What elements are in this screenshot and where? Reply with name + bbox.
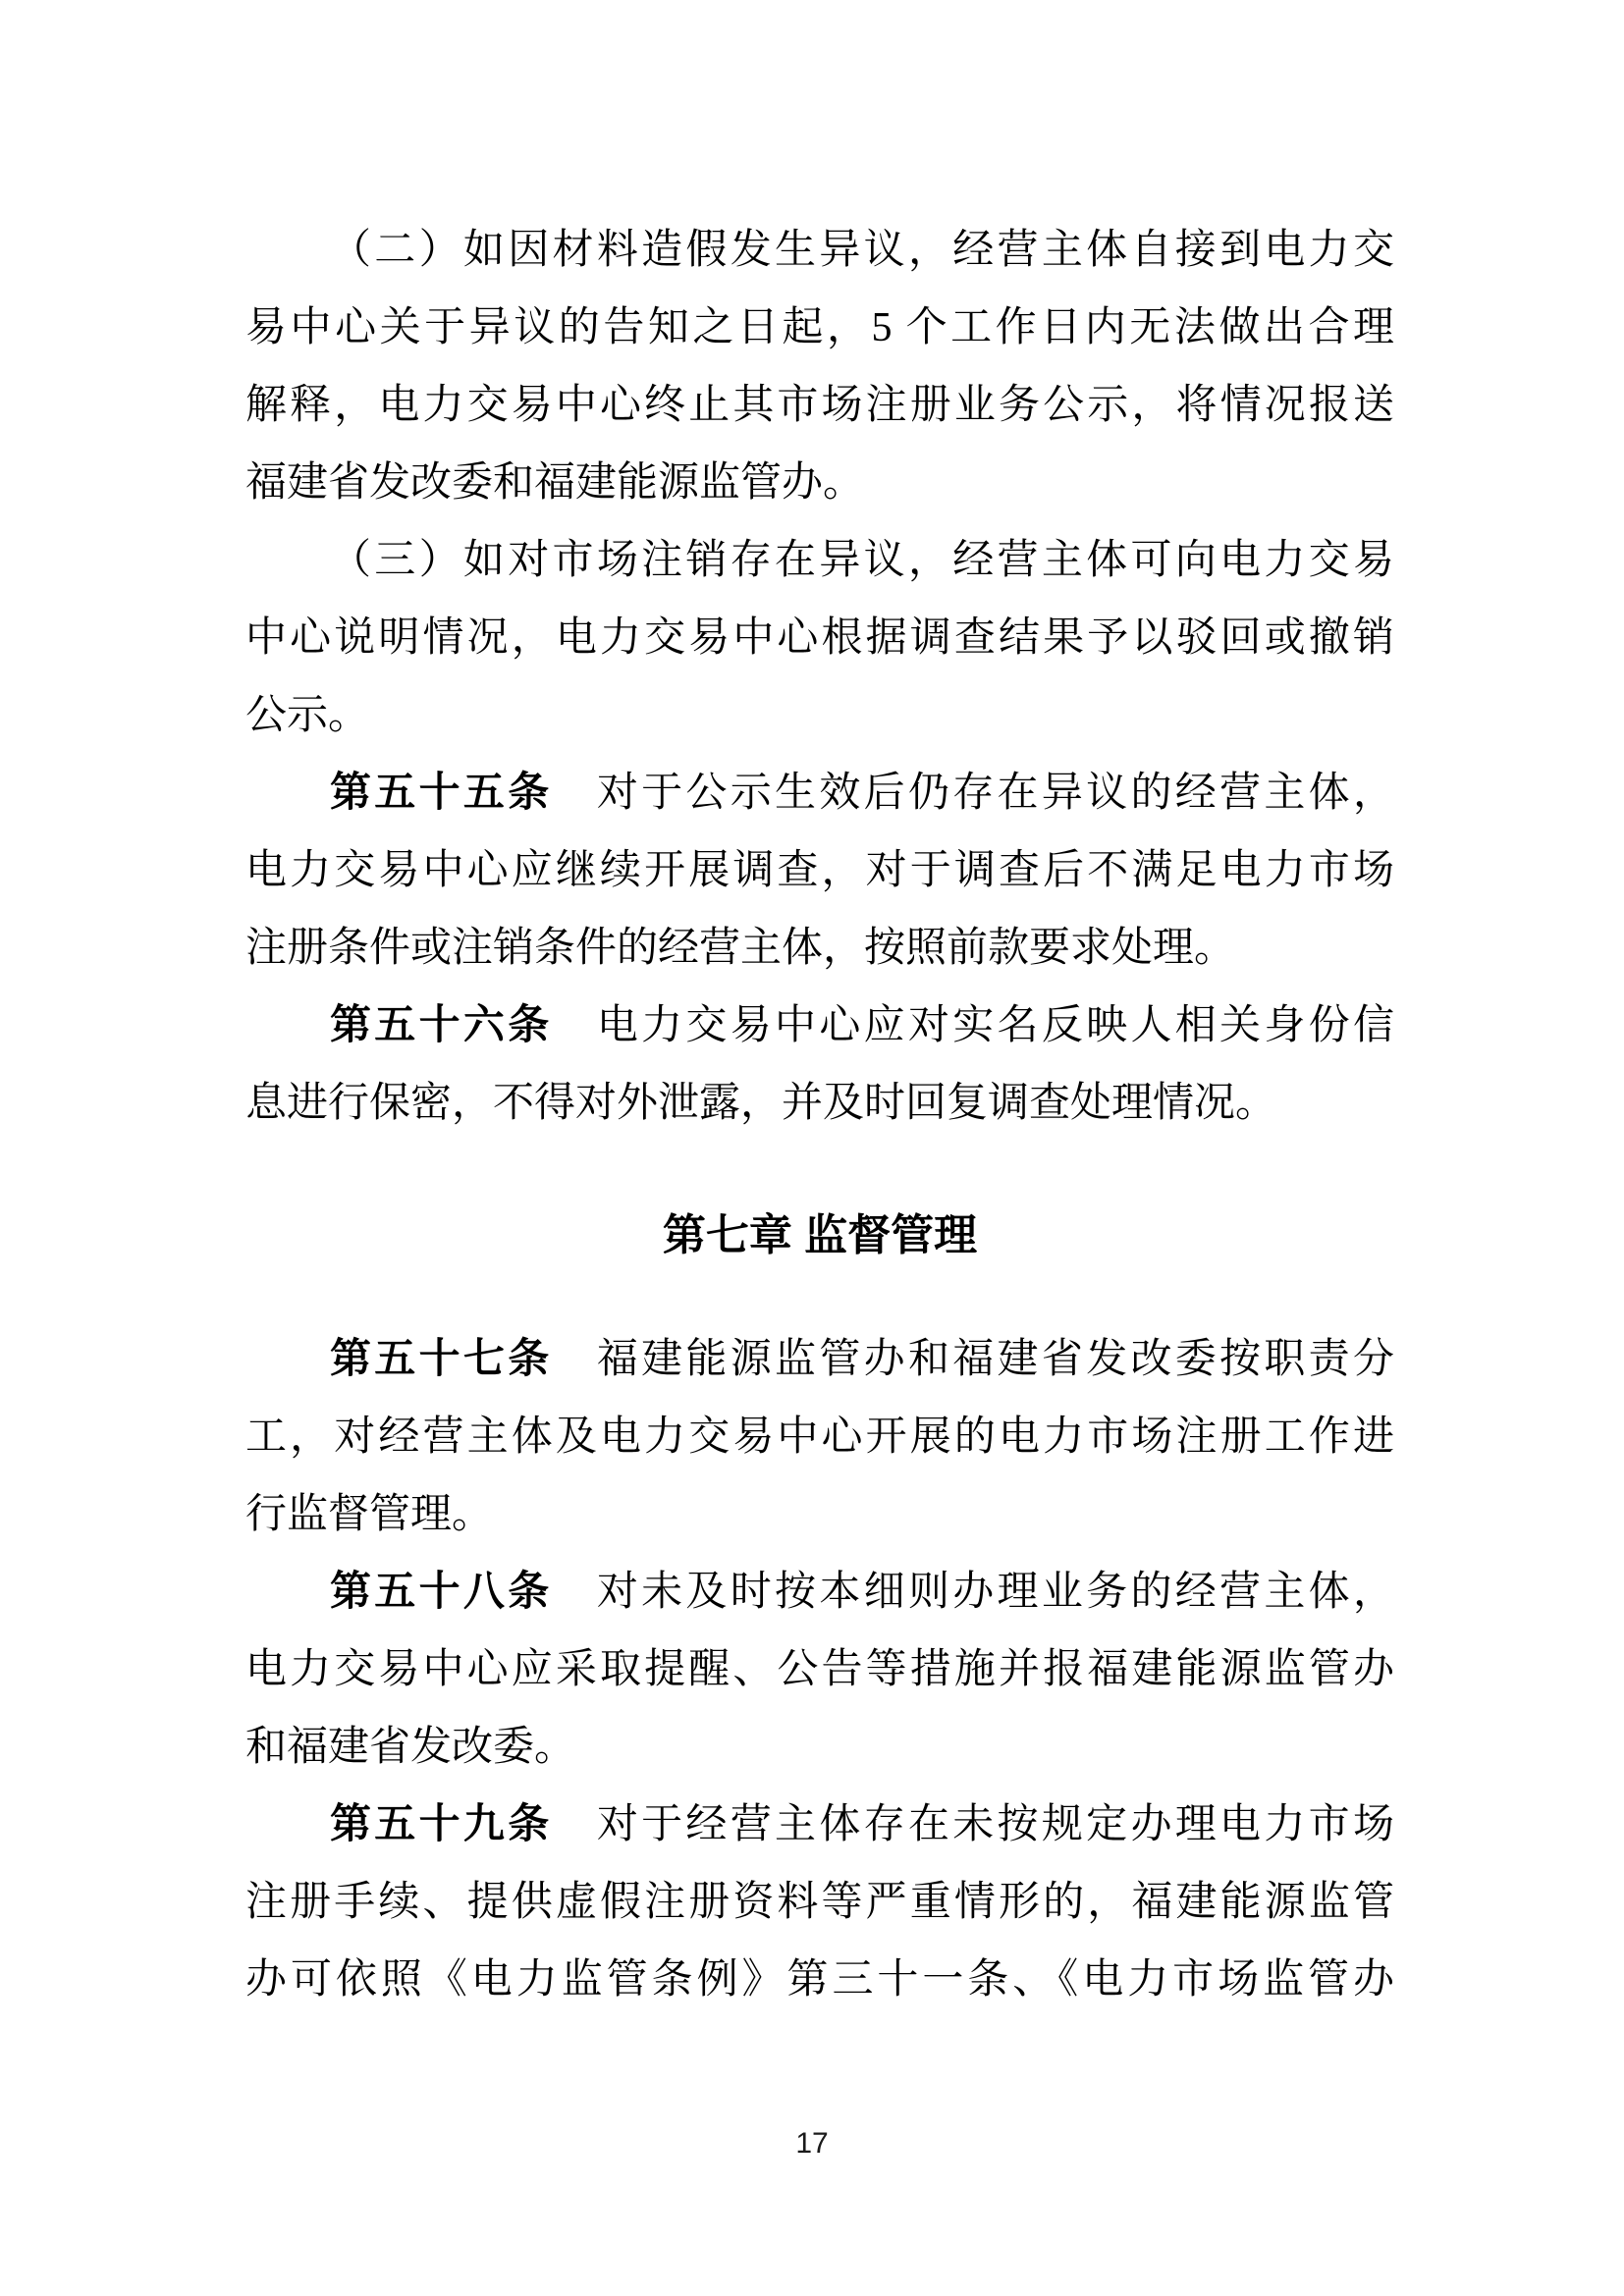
- text-segment: 对未及时按本细则办理业务的经营主体，: [553, 1570, 1394, 1615]
- article-number: 第五十八条: [330, 1570, 553, 1615]
- article-number: 第五十九条: [330, 1802, 553, 1847]
- text-line: 第五十五条 对于公示生效后仍存在异议的经营主体，: [245, 755, 1394, 832]
- text-line: 中心说明情况，电力交易中心根据调查结果予以驳回或撤销: [245, 600, 1394, 677]
- text-line: 第五十六条 电力交易中心应对实名反映人相关身份信: [245, 988, 1394, 1065]
- text-segment: 电力交易中心应对实名反映人相关身份信: [553, 1003, 1394, 1048]
- paragraph: 第五十六条 电力交易中心应对实名反映人相关身份信息进行保密，不得对外泄露，并及时…: [245, 988, 1394, 1143]
- text-segment: 中心说明情况，电力交易中心根据调查结果予以驳回或撤销: [245, 615, 1394, 661]
- text-segment: 易中心关于异议的告知之日起，5 个工作日内无法做出合理: [245, 305, 1394, 350]
- text-line: （三）如对市场注销存在异议，经营主体可向电力交易: [245, 522, 1394, 600]
- text-line: 息进行保密，不得对外泄露，并及时回复调查处理情况。: [245, 1065, 1394, 1143]
- article-number: 第五十七条: [330, 1337, 553, 1382]
- text-segment: 对于经营主体存在未按规定办理电力市场: [553, 1802, 1394, 1847]
- text-line: 注册手续、提供虚假注册资料等严重情形的，福建能源监管: [245, 1864, 1394, 1942]
- chapter-heading: 第七章 监督管理: [245, 1197, 1394, 1274]
- text-segment: 福建能源监管办和福建省发改委按职责分: [553, 1337, 1394, 1382]
- text-segment: （三）如对市场注销存在异议，经营主体可向电力交易: [330, 538, 1394, 583]
- paragraph: 第五十九条 对于经营主体存在未按规定办理电力市场注册手续、提供虚假注册资料等严重…: [245, 1787, 1394, 2019]
- text-line: 福建省发改委和福建能源监管办。: [245, 445, 1394, 522]
- paragraph: 第五十七条 福建能源监管办和福建省发改委按职责分工，对经营主体及电力交易中心开展…: [245, 1321, 1394, 1554]
- text-line: 解释，电力交易中心终止其市场注册业务公示，将情况报送: [245, 367, 1394, 445]
- text-segment: 福建省发改委和福建能源监管办。: [245, 460, 864, 506]
- text-segment: 注册条件或注销条件的经营主体，按照前款要求处理。: [245, 926, 1235, 971]
- text-segment: 工，对经营主体及电力交易中心开展的电力市场注册工作进: [245, 1415, 1394, 1460]
- paragraph: 第五十八条 对未及时按本细则办理业务的经营主体，电力交易中心应采取提醒、公告等措…: [245, 1554, 1394, 1787]
- text-line: 电力交易中心应继续开展调查，对于调查后不满足电力市场: [245, 832, 1394, 910]
- text-segment: （二）如因材料造假发生异议，经营主体自接到电力交: [330, 228, 1394, 273]
- text-line: 第七章 监督管理: [245, 1197, 1394, 1274]
- article-number: 第七章 监督管理: [663, 1211, 977, 1259]
- text-line: 第五十八条 对未及时按本细则办理业务的经营主体，: [245, 1554, 1394, 1631]
- text-line: （二）如因材料造假发生异议，经营主体自接到电力交: [245, 212, 1394, 290]
- page-number: 17: [0, 2124, 1624, 2163]
- text-segment: 电力交易中心应继续开展调查，对于调查后不满足电力市场: [245, 848, 1394, 893]
- text-line: 易中心关于异议的告知之日起，5 个工作日内无法做出合理: [245, 290, 1394, 367]
- text-line: 工，对经营主体及电力交易中心开展的电力市场注册工作进: [245, 1399, 1394, 1476]
- text-line: 办可依照《电力监管条例》第三十一条、《电力市场监管办: [245, 1942, 1394, 2019]
- text-segment: 对于公示生效后仍存在异议的经营主体，: [553, 771, 1394, 816]
- paragraph: 第五十五条 对于公示生效后仍存在异议的经营主体，电力交易中心应继续开展调查，对于…: [245, 755, 1394, 988]
- text-segment: 息进行保密，不得对外泄露，并及时回复调查处理情况。: [245, 1081, 1276, 1126]
- text-line: 第五十九条 对于经营主体存在未按规定办理电力市场: [245, 1787, 1394, 1864]
- paragraph: （三）如对市场注销存在异议，经营主体可向电力交易中心说明情况，电力交易中心根据调…: [245, 522, 1394, 755]
- text-line: 行监督管理。: [245, 1476, 1394, 1554]
- article-number: 第五十六条: [330, 1003, 553, 1048]
- paragraph: （二）如因材料造假发生异议，经营主体自接到电力交易中心关于异议的告知之日起，5 …: [245, 212, 1394, 522]
- article-number: 第五十五条: [330, 771, 553, 816]
- text-segment: 电力交易中心应采取提醒、公告等措施并报福建能源监管办: [245, 1647, 1394, 1692]
- text-segment: 和福建省发改委。: [245, 1725, 575, 1770]
- text-segment: 解释，电力交易中心终止其市场注册业务公示，将情况报送: [245, 383, 1394, 428]
- text-segment: 注册手续、提供虚假注册资料等严重情形的，福建能源监管: [245, 1880, 1394, 1925]
- text-line: 公示。: [245, 677, 1394, 755]
- text-segment: 办可依照《电力监管条例》第三十一条、《电力市场监管办: [245, 1957, 1394, 2002]
- text-line: 和福建省发改委。: [245, 1709, 1394, 1787]
- page-content: （二）如因材料造假发生异议，经营主体自接到电力交易中心关于异议的告知之日起，5 …: [245, 212, 1394, 2019]
- text-segment: 公示。: [245, 693, 369, 738]
- text-line: 第五十七条 福建能源监管办和福建省发改委按职责分: [245, 1321, 1394, 1399]
- text-line: 注册条件或注销条件的经营主体，按照前款要求处理。: [245, 910, 1394, 988]
- text-line: 电力交易中心应采取提醒、公告等措施并报福建能源监管办: [245, 1631, 1394, 1709]
- document-page: （二）如因材料造假发生异议，经营主体自接到电力交易中心关于异议的告知之日起，5 …: [0, 0, 1624, 2296]
- text-segment: 行监督管理。: [245, 1492, 493, 1537]
